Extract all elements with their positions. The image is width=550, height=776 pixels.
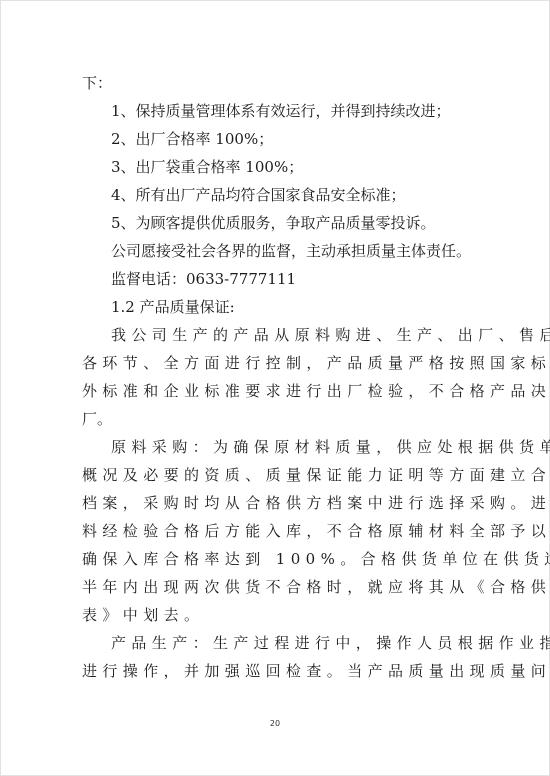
list-item-2: 2、出厂合格率 100%； [111,129,273,149]
list-item-5: 5、为顾客提供优质服务，争取产品质量零投诉。 [111,213,436,233]
supervision-phone: 监督电话：0633-7777111 [111,269,296,289]
list-item-3: 3、出厂袋重合格率 100%； [111,157,303,177]
paragraph-line: 档案，采购时均从合格供方档案中进行选择采购。进厂原材 [82,493,550,513]
list-item-1: 1、保持质量管理体系有效运行，并得到持续改进； [111,101,451,121]
paragraph-line: 各环节、全方面进行控制，产品质量严格按照国家标准、国 [82,353,550,373]
paragraph-line: 概况及必要的资质、质量保证能力证明等方面建立合格供方 [82,465,550,485]
document-page: 下： 1、保持质量管理体系有效运行，并得到持续改进； 2、出厂合格率 100%；… [0,0,550,776]
paragraph-line: 我公司生产的产品从原料购进、生产、出厂、售后服务 [111,325,550,345]
paragraph-line: 确保入库合格率达到 100%。合格供货单位在供货过程中如果 [82,549,550,569]
paragraph-line: 料经检验合格后方能入库，不合格原辅材料全部予以退货， [82,521,550,541]
supervision-statement: 公司愿接受社会各界的监督，主动承担质量主体责任。 [111,241,471,261]
paragraph-line: 产品生产：生产过程进行中，操作人员根据作业指导书 [111,633,550,653]
paragraph-line: 半年内出现两次供货不合格时，就应将其从《合格供方一览 [82,577,550,597]
paragraph-line: 厂。 [82,409,112,429]
paragraph-line: 进行操作，并加强巡回检查。当产品质量出现质量问题时可 [82,661,550,681]
paragraph-line: 原料采购：为确保原材料质量，供应处根据供货单位的 [111,437,550,457]
text-line-continuation: 下： [82,73,112,93]
list-item-4: 4、所有出厂产品均符合国家食品安全标准； [111,185,406,205]
paragraph-line: 表》中划去。 [82,605,204,625]
page-number: 20 [1,719,549,728]
paragraph-line: 外标准和企业标准要求进行出厂检验，不合格产品决不出 [82,381,550,401]
section-heading-1-2: 1.2 产品质量保证: [111,297,235,317]
